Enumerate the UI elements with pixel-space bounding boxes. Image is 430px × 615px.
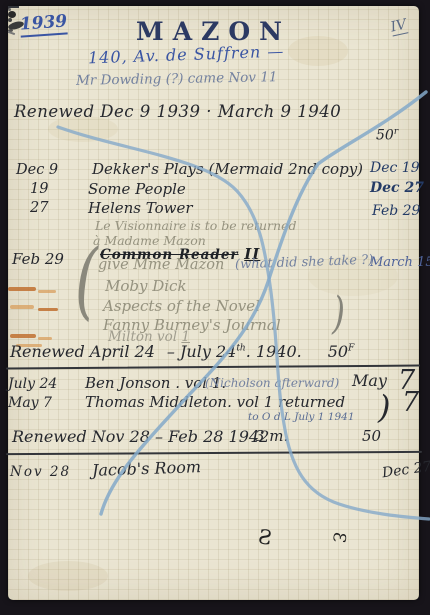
loan-date-out: Feb 29	[12, 251, 64, 268]
renewal-fee-3: 50	[362, 428, 381, 445]
return-annotation: to O d L July 1 1941	[248, 412, 355, 424]
lending-card-scan: 1939 IV MAZON 140, Av. de Suffren — Mr D…	[0, 0, 430, 615]
loan-date-out: Nov 28	[10, 465, 71, 480]
age-stain	[28, 561, 108, 591]
renewal2-start: Renewed April 24	[10, 342, 155, 361]
renewal-line-3: Renewed Nov 28 – Feb 28 1942	[12, 428, 269, 446]
book-title: Helens Tower	[88, 200, 193, 217]
renewal-fee-1: 50r	[376, 128, 398, 144]
rust-stain	[10, 334, 36, 338]
ink-mark-glyph: Ƨ	[257, 525, 274, 549]
grouping-paren-close: )	[332, 290, 345, 338]
borrower-name: MAZON	[8, 18, 419, 46]
library-card: 1939 IV MAZON 140, Av. de Suffren — Mr D…	[8, 6, 419, 600]
fee-amount: 50	[376, 128, 394, 144]
rust-stain	[8, 287, 36, 291]
fee-amount: 50	[328, 342, 348, 361]
book-title-pencil: Aspects of the Novel	[103, 298, 260, 315]
rust-stain	[38, 337, 52, 340]
loan-date-out: May 7	[8, 396, 52, 411]
book-title: Jacob's Room	[92, 458, 202, 479]
fee-unit: F	[348, 344, 354, 354]
fee-unit: r	[394, 127, 398, 137]
renewal-line-1: Renewed Dec 9 1939 · March 9 1940	[14, 103, 341, 121]
ink-mark	[8, 11, 16, 18]
grouping-paren-close: )	[378, 390, 390, 425]
renewal2-range: – July 24	[167, 342, 236, 361]
margin-note: Mr Dowding (?) came Nov 11	[76, 70, 278, 88]
book-title-pencil: Moby Dick	[105, 278, 187, 295]
rust-stain	[38, 308, 58, 311]
book-title: Some People	[88, 181, 186, 198]
renewal-duration: 3 m.	[255, 428, 288, 445]
loan-date-out: 27	[30, 201, 48, 217]
loan-date-out: July 24	[8, 377, 57, 392]
loan-date-in: March 15	[370, 256, 430, 270]
ink-mark-glyph: Ɛ	[329, 531, 349, 543]
loan-date-out: 19	[30, 182, 48, 198]
ledger-underline	[6, 451, 422, 455]
ledger-underline	[6, 365, 420, 370]
loan-date-in-day: 7	[402, 388, 419, 418]
loan-date-in: Dec 19	[370, 161, 420, 176]
loan-date-in: Dec 27	[381, 460, 430, 482]
borrower-address: 140, Av. de Suffren —	[88, 43, 285, 67]
loan-date-in: Dec 27	[370, 181, 424, 196]
grouping-paren-open: (	[75, 234, 98, 326]
pencil-note-line1: Le Visionnaire is to be returned	[95, 219, 296, 233]
renewal2-year: . 1940.	[246, 342, 302, 361]
pencil-instruction: give Mme Mazon	[98, 258, 224, 274]
renewal-line-2: Renewed April 24– July 24th. 1940.50F	[10, 343, 354, 361]
rust-stain	[38, 290, 56, 293]
annotation-note: (Nicholson afterward)	[205, 377, 339, 390]
book-title: Thomas Middleton. vol 1 returned	[85, 394, 345, 411]
loan-date-in: Feb 29	[372, 204, 420, 219]
ordinal-suffix: th	[236, 344, 245, 354]
rust-stain	[10, 305, 34, 309]
loan-date-out: Dec 9	[16, 163, 58, 179]
loan-date-in: May	[352, 372, 387, 390]
book-title: Dekker's Plays (Mermaid 2nd copy)	[92, 161, 363, 178]
